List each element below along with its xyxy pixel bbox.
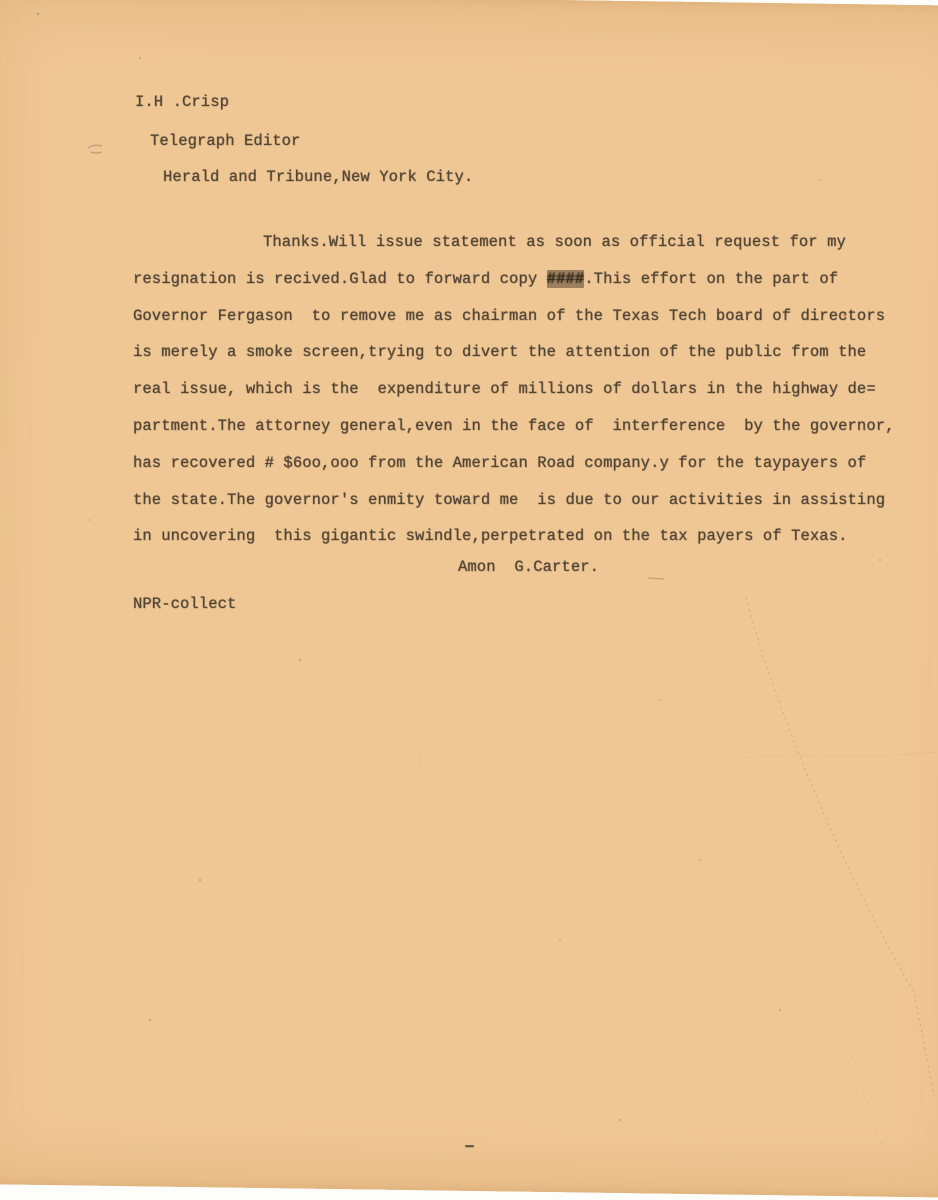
- typed-line: in uncovering this gigantic swindle,perp…: [133, 518, 913, 555]
- typed-line: is merely a smoke screen,trying to diver…: [133, 334, 913, 371]
- wire-instruction: NPR-collect: [133, 594, 236, 614]
- message-body: Thanks.Will issue statement as soon as o…: [133, 224, 913, 555]
- scanned-telegram-page: I.H .Crisp Telegraph Editor Herald and T…: [0, 0, 938, 1200]
- typed-text-layer: I.H .Crisp Telegraph Editor Herald and T…: [0, 0, 938, 1200]
- signature: Amon G.Carter.: [458, 557, 599, 577]
- typed-line: has recovered # $6oo,ooo from the Americ…: [133, 445, 913, 482]
- typed-line: real issue, which is the expenditure of …: [133, 371, 913, 408]
- recipient-name: I.H .Crisp: [135, 92, 229, 112]
- recipient-address: Herald and Tribune,New York City.: [163, 167, 473, 187]
- typed-line: Governor Fergason to remove me as chairm…: [133, 298, 913, 335]
- typed-line: Thanks.Will issue statement as soon as o…: [263, 224, 913, 261]
- typed-line-overstrike: resignation is recived.Glad to forward c…: [133, 261, 913, 298]
- overstruck-word: ####: [547, 270, 585, 288]
- recipient-title: Telegraph Editor: [150, 131, 300, 151]
- typed-line: partment.The attorney general,even in th…: [133, 408, 913, 445]
- typed-line: the state.The governor's enmity toward m…: [133, 482, 913, 519]
